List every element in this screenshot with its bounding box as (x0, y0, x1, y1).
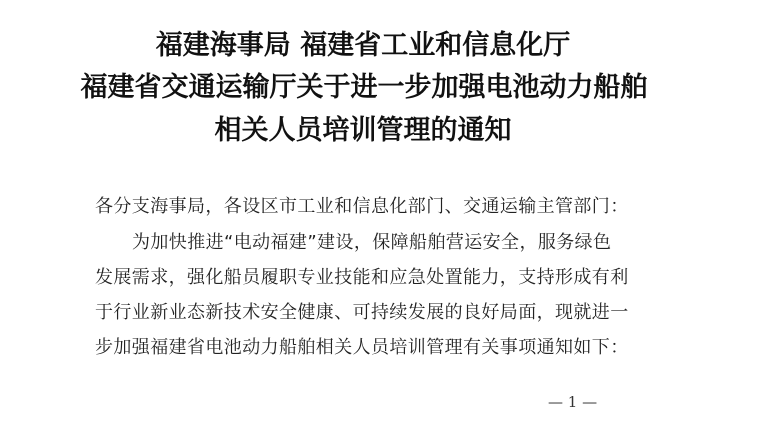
salutation: 各分支海事局，各设区市工业和信息化部门、交通运输主管部门： (95, 195, 629, 219)
page-number: — 1 — (548, 392, 597, 412)
document-title-line-3: 相关人员培训管理的通知 (0, 115, 752, 147)
body-paragraph-line-1: 为加快推进“电动福建”建设，保障船舶营运安全，服务绿色 (132, 231, 611, 255)
document-title-line-1: 福建海事局 福建省工业和信息化厅 (0, 30, 752, 62)
body-paragraph-line-2: 发展需求，强化船员履职专业技能和应急处置能力，支持形成有利 (95, 266, 629, 290)
body-paragraph-line-4: 步加强福建省电池动力船舶相关人员培训管理有关事项通知如下： (95, 336, 629, 360)
document-title-line-2: 福建省交通运输厅关于进一步加强电池动力船舶 (0, 72, 753, 104)
document-page: 福建海事局 福建省工业和信息化厅 福建省交通运输厅关于进一步加强电池动力船舶 相… (0, 0, 778, 439)
body-paragraph-line-3: 于行业新业态新技术安全健康、可持续发展的良好局面，现就进一 (95, 301, 629, 325)
